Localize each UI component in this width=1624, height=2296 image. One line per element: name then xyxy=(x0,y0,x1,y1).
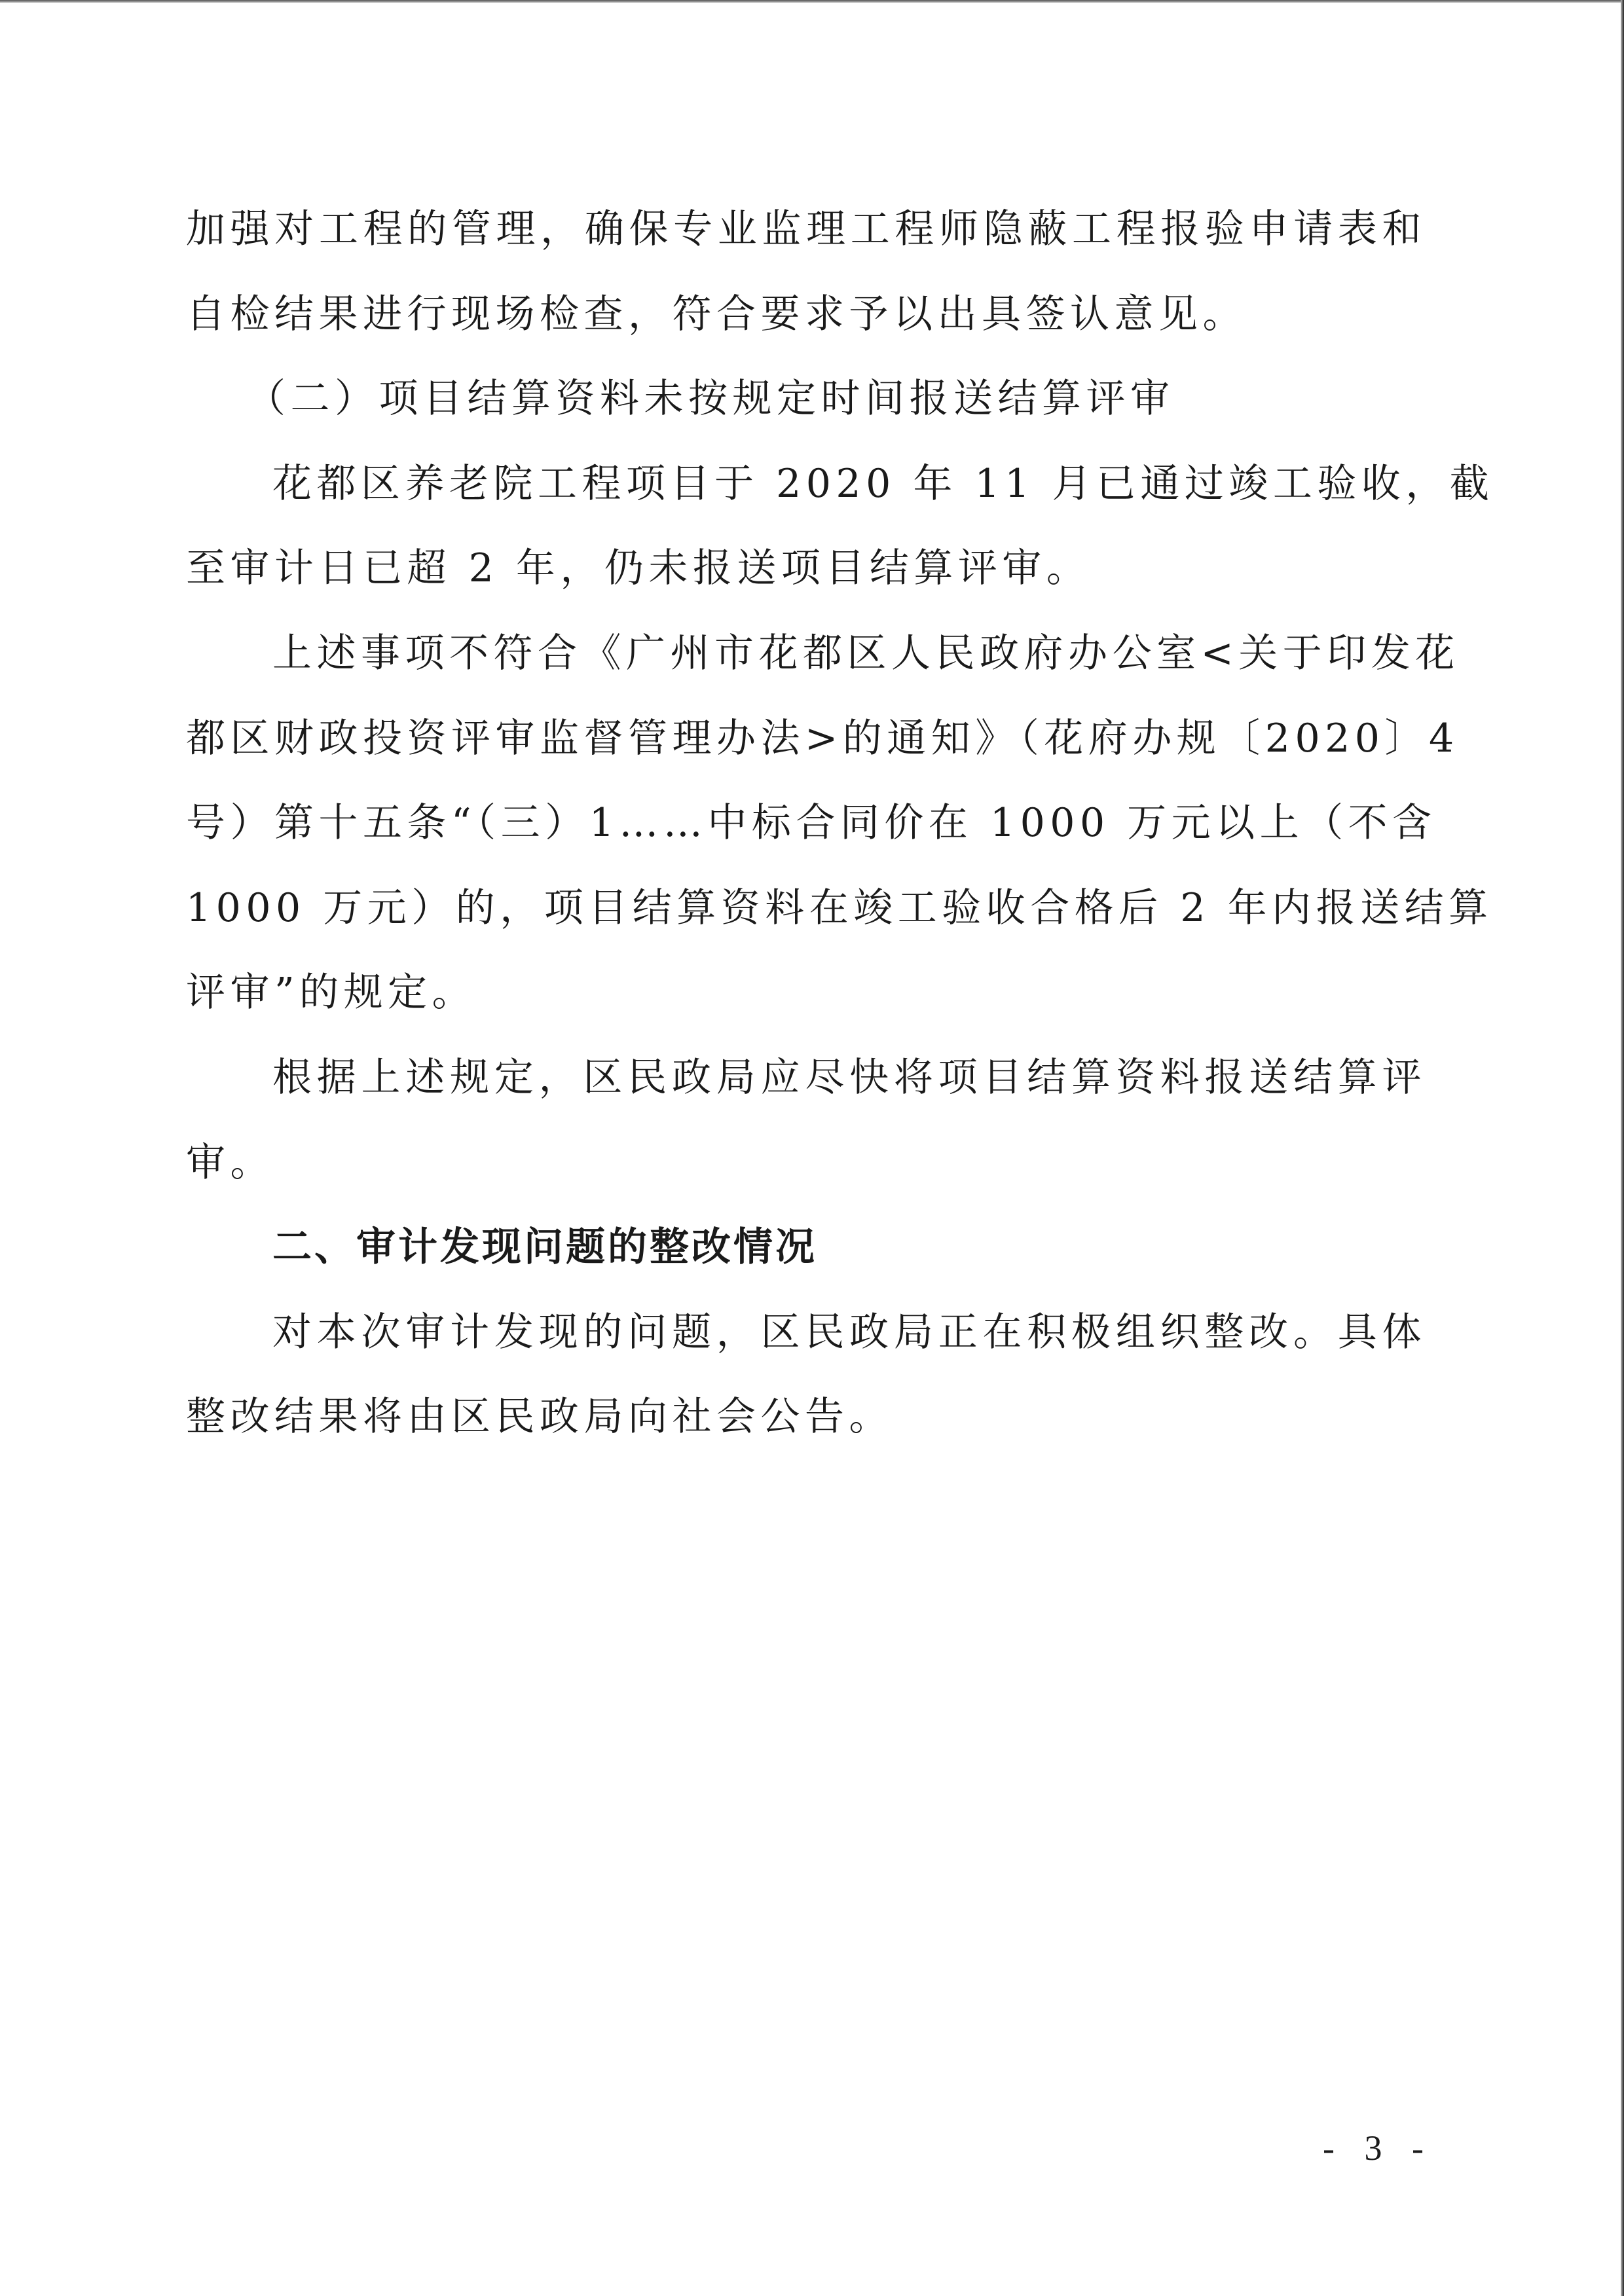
paragraph-rectification-status: 对本次审计发现的问题，区民政局正在积极组织整改。具体 整改结果将由区民政局向社会… xyxy=(186,1290,1426,1460)
text-line: 上述事项不符合《广州市花都区人民政府办公室<关于印发花 xyxy=(186,611,1426,697)
text-line: 根据上述规定，区民政局应尽快将项目结算资料报送结算评 xyxy=(186,1036,1426,1121)
text-line: 审。 xyxy=(186,1121,1426,1206)
text-line: 评审”的规定。 xyxy=(186,951,1426,1036)
text-line: 整改结果将由区民政局向社会公告。 xyxy=(186,1375,1426,1460)
section-heading-text: 二、审计发现问题的整改情况 xyxy=(186,1205,1426,1290)
subheading-settlement-not-submitted: （二）项目结算资料未按规定时间报送结算评审 xyxy=(186,357,1426,442)
text-line: 至审计日已超 2 年，仍未报送项目结算评审。 xyxy=(186,526,1426,611)
scan-top-edge xyxy=(0,0,1624,3)
text-line: 1000 万元）的，项目结算资料在竣工验收合格后 2 年内报送结算 xyxy=(186,866,1426,951)
text-line: 对本次审计发现的问题，区民政局正在积极组织整改。具体 xyxy=(186,1290,1426,1376)
section-heading-rectification: 二、审计发现问题的整改情况 xyxy=(186,1205,1426,1290)
text-line: 号）第十五条“（三）1……中标合同价在 1000 万元以上（不含 xyxy=(186,781,1426,866)
paragraph-recommendation: 根据上述规定，区民政局应尽快将项目结算资料报送结算评 审。 xyxy=(186,1036,1426,1205)
paragraph-project-completion: 花都区养老院工程项目于 2020 年 11 月已通过竣工验收，截 至审计日已超 … xyxy=(186,442,1426,611)
text-line: 都区财政投资评审监督管理办法>的通知》（花府办规〔2020〕4 xyxy=(186,697,1426,782)
subheading-text: （二）项目结算资料未按规定时间报送结算评审 xyxy=(186,357,1426,442)
paragraph-regulation-citation: 上述事项不符合《广州市花都区人民政府办公室<关于印发花 都区财政投资评审监督管理… xyxy=(186,611,1426,1036)
text-line: 加强对工程的管理，确保专业监理工程师隐蔽工程报验申请表和 xyxy=(186,187,1426,272)
paragraph-continuation: 加强对工程的管理，确保专业监理工程师隐蔽工程报验申请表和 自检结果进行现场检查，… xyxy=(186,187,1426,357)
document-body: 加强对工程的管理，确保专业监理工程师隐蔽工程报验申请表和 自检结果进行现场检查，… xyxy=(186,187,1426,1460)
text-line: 自检结果进行现场检查，符合要求予以出具签认意见。 xyxy=(186,272,1426,357)
page-number: - 3 - xyxy=(1323,2128,1434,2168)
scan-right-edge xyxy=(1621,0,1624,2296)
text-line: 花都区养老院工程项目于 2020 年 11 月已通过竣工验收，截 xyxy=(186,442,1426,527)
